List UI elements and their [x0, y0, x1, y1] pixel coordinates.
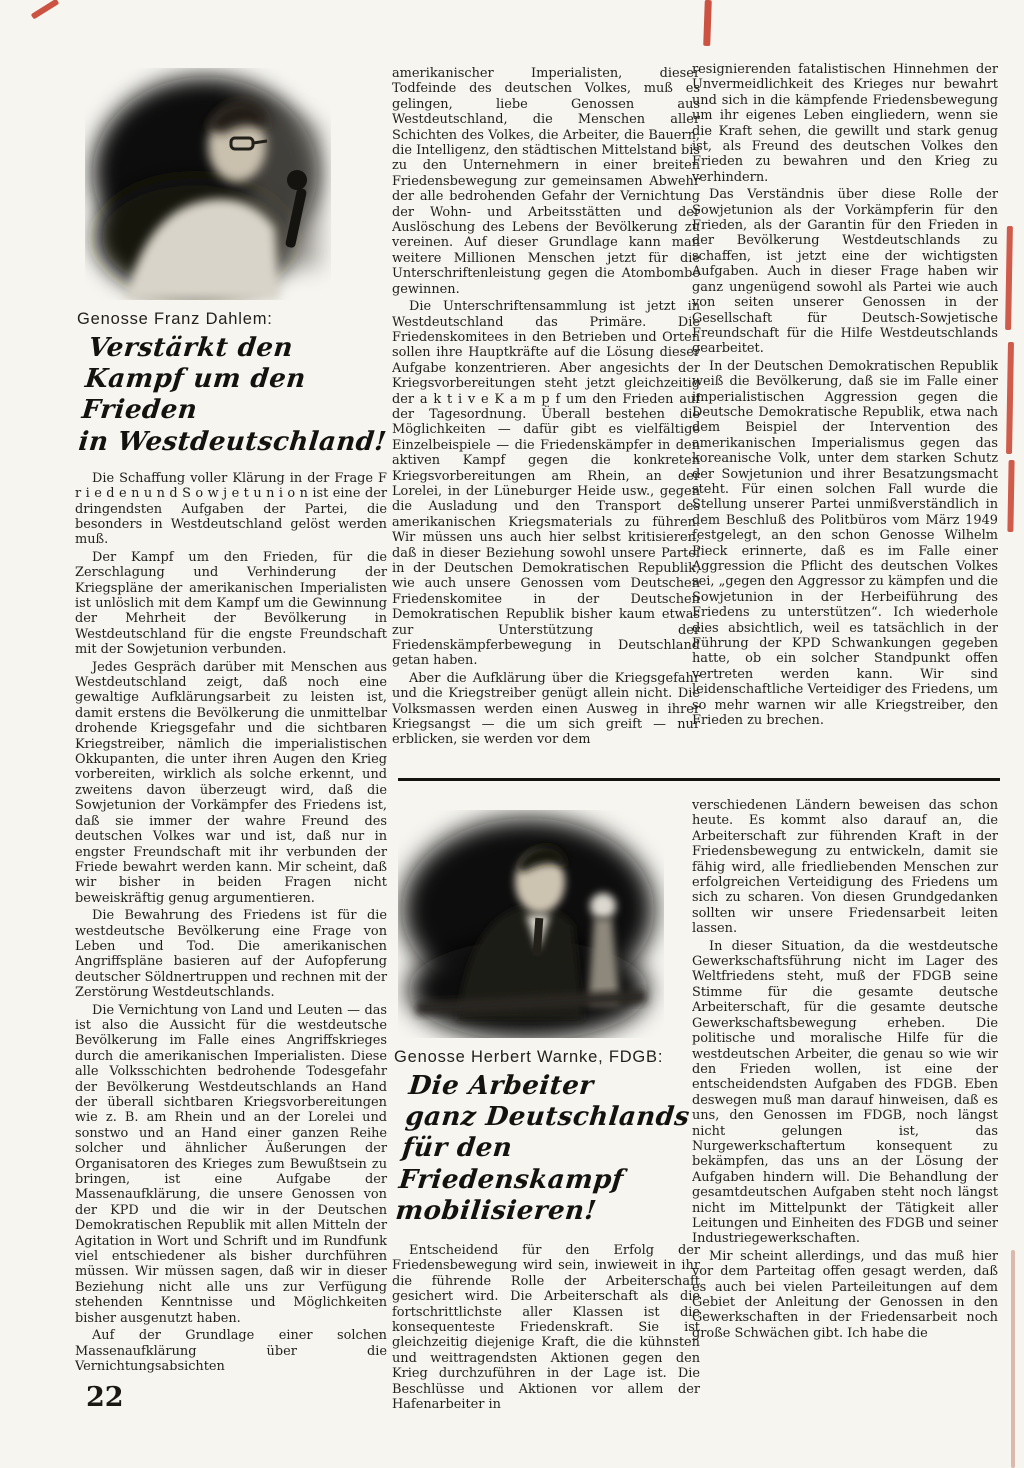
article2-headline-line-2: ganz Deutschlands [404, 1102, 713, 1133]
paragraph: amerikanischer Imperialisten, dieser Tod… [392, 66, 700, 297]
paragraph: Die Vernichtung von Land und Leuten — da… [75, 1003, 387, 1327]
article-dahlem-column-3: resignierenden fatalistischen Hinnehmen … [692, 62, 998, 768]
paragraph: In der Deutschen Demokratischen Republik… [692, 359, 998, 729]
article1-headline-line-2: Kampf um den Frieden [80, 364, 397, 426]
paragraph: In dieser Situation, da die westdeutsche… [692, 939, 998, 1247]
article2-caption: Genosse Herbert Warnke, FDGB: [394, 1048, 700, 1067]
article1-caption: Genosse Franz Dahlem: [77, 310, 387, 329]
article-warnke-column-mid: Genosse Herbert Warnke, FDGB: Die Arbeit… [392, 800, 700, 1414]
paragraph: Auf der Grundlage einer solchen Massenau… [75, 1328, 387, 1374]
paragraph: resignierenden fatalistischen Hinnehmen … [692, 62, 998, 185]
article1-column1-text: Die Schaffung voller Klärung in der Frag… [75, 471, 387, 1375]
paragraph: Aber die Aufklärung über die Kriegsgefah… [392, 671, 700, 748]
paragraph: verschiedenen Ländern beweisen das schon… [692, 798, 998, 937]
paragraph: Die Schaffung voller Klärung in der Frag… [75, 471, 387, 548]
article1-headline-line-3: in Westdeutschland! [77, 427, 390, 458]
paragraph: Jedes Gespräch darüber mit Menschen aus … [75, 660, 387, 907]
article-dahlem-column-1: Genosse Franz Dahlem: Verstärkt den Kamp… [75, 68, 387, 1376]
article2-headline-line-4: mobilisieren! [394, 1196, 703, 1227]
article1-headline: Verstärkt den Kampf um den Frieden in We… [77, 333, 400, 458]
magazine-page: Genosse Franz Dahlem: Verstärkt den Kamp… [0, 0, 1024, 1468]
red-annotation-mark-right-3 [1007, 460, 1014, 532]
article2-headline: Die Arbeiter ganz Deutschlands für den F… [394, 1071, 716, 1227]
article2-mid-text: Entscheidend für den Erfolg der Friedens… [392, 1243, 700, 1412]
red-annotation-mark-right-2 [1006, 342, 1014, 454]
section-divider-rule [398, 778, 1000, 781]
article-warnke-column-right: verschiedenen Ländern beweisen das schon… [692, 798, 998, 1358]
paragraph: Der Kampf um den Frieden, für die Zersch… [75, 550, 387, 658]
article1-headline-line-1: Verstärkt den [87, 333, 400, 364]
paragraph: Die Bewahrung des Friedens ist für die w… [75, 908, 387, 1000]
red-annotation-mark-right-1 [1005, 226, 1013, 330]
herbert-warnke-photo [398, 810, 664, 1038]
red-annotation-mark-bottom-right [1011, 1250, 1015, 1468]
paragraph: Die Unterschriftensammlung ist jetzt in … [392, 299, 700, 669]
paragraph: Das Verständnis über diese Rolle der Sow… [692, 187, 998, 356]
paragraph: Entscheidend für den Erfolg der Friedens… [392, 1243, 700, 1412]
article2-headline-line-1: Die Arbeiter [407, 1071, 716, 1102]
article-dahlem-column-2: amerikanischer Imperialisten, dieser Tod… [392, 66, 700, 778]
page-number: 22 [86, 1382, 124, 1413]
red-annotation-mark-top-left [31, 0, 60, 19]
paragraph: Mir scheint allerdings, und das muß hier… [692, 1249, 998, 1341]
franz-dahlem-photo [85, 68, 331, 300]
article2-headline-line-3: für den Friedenskampf [397, 1133, 710, 1195]
red-annotation-mark-top-center [703, 0, 712, 46]
